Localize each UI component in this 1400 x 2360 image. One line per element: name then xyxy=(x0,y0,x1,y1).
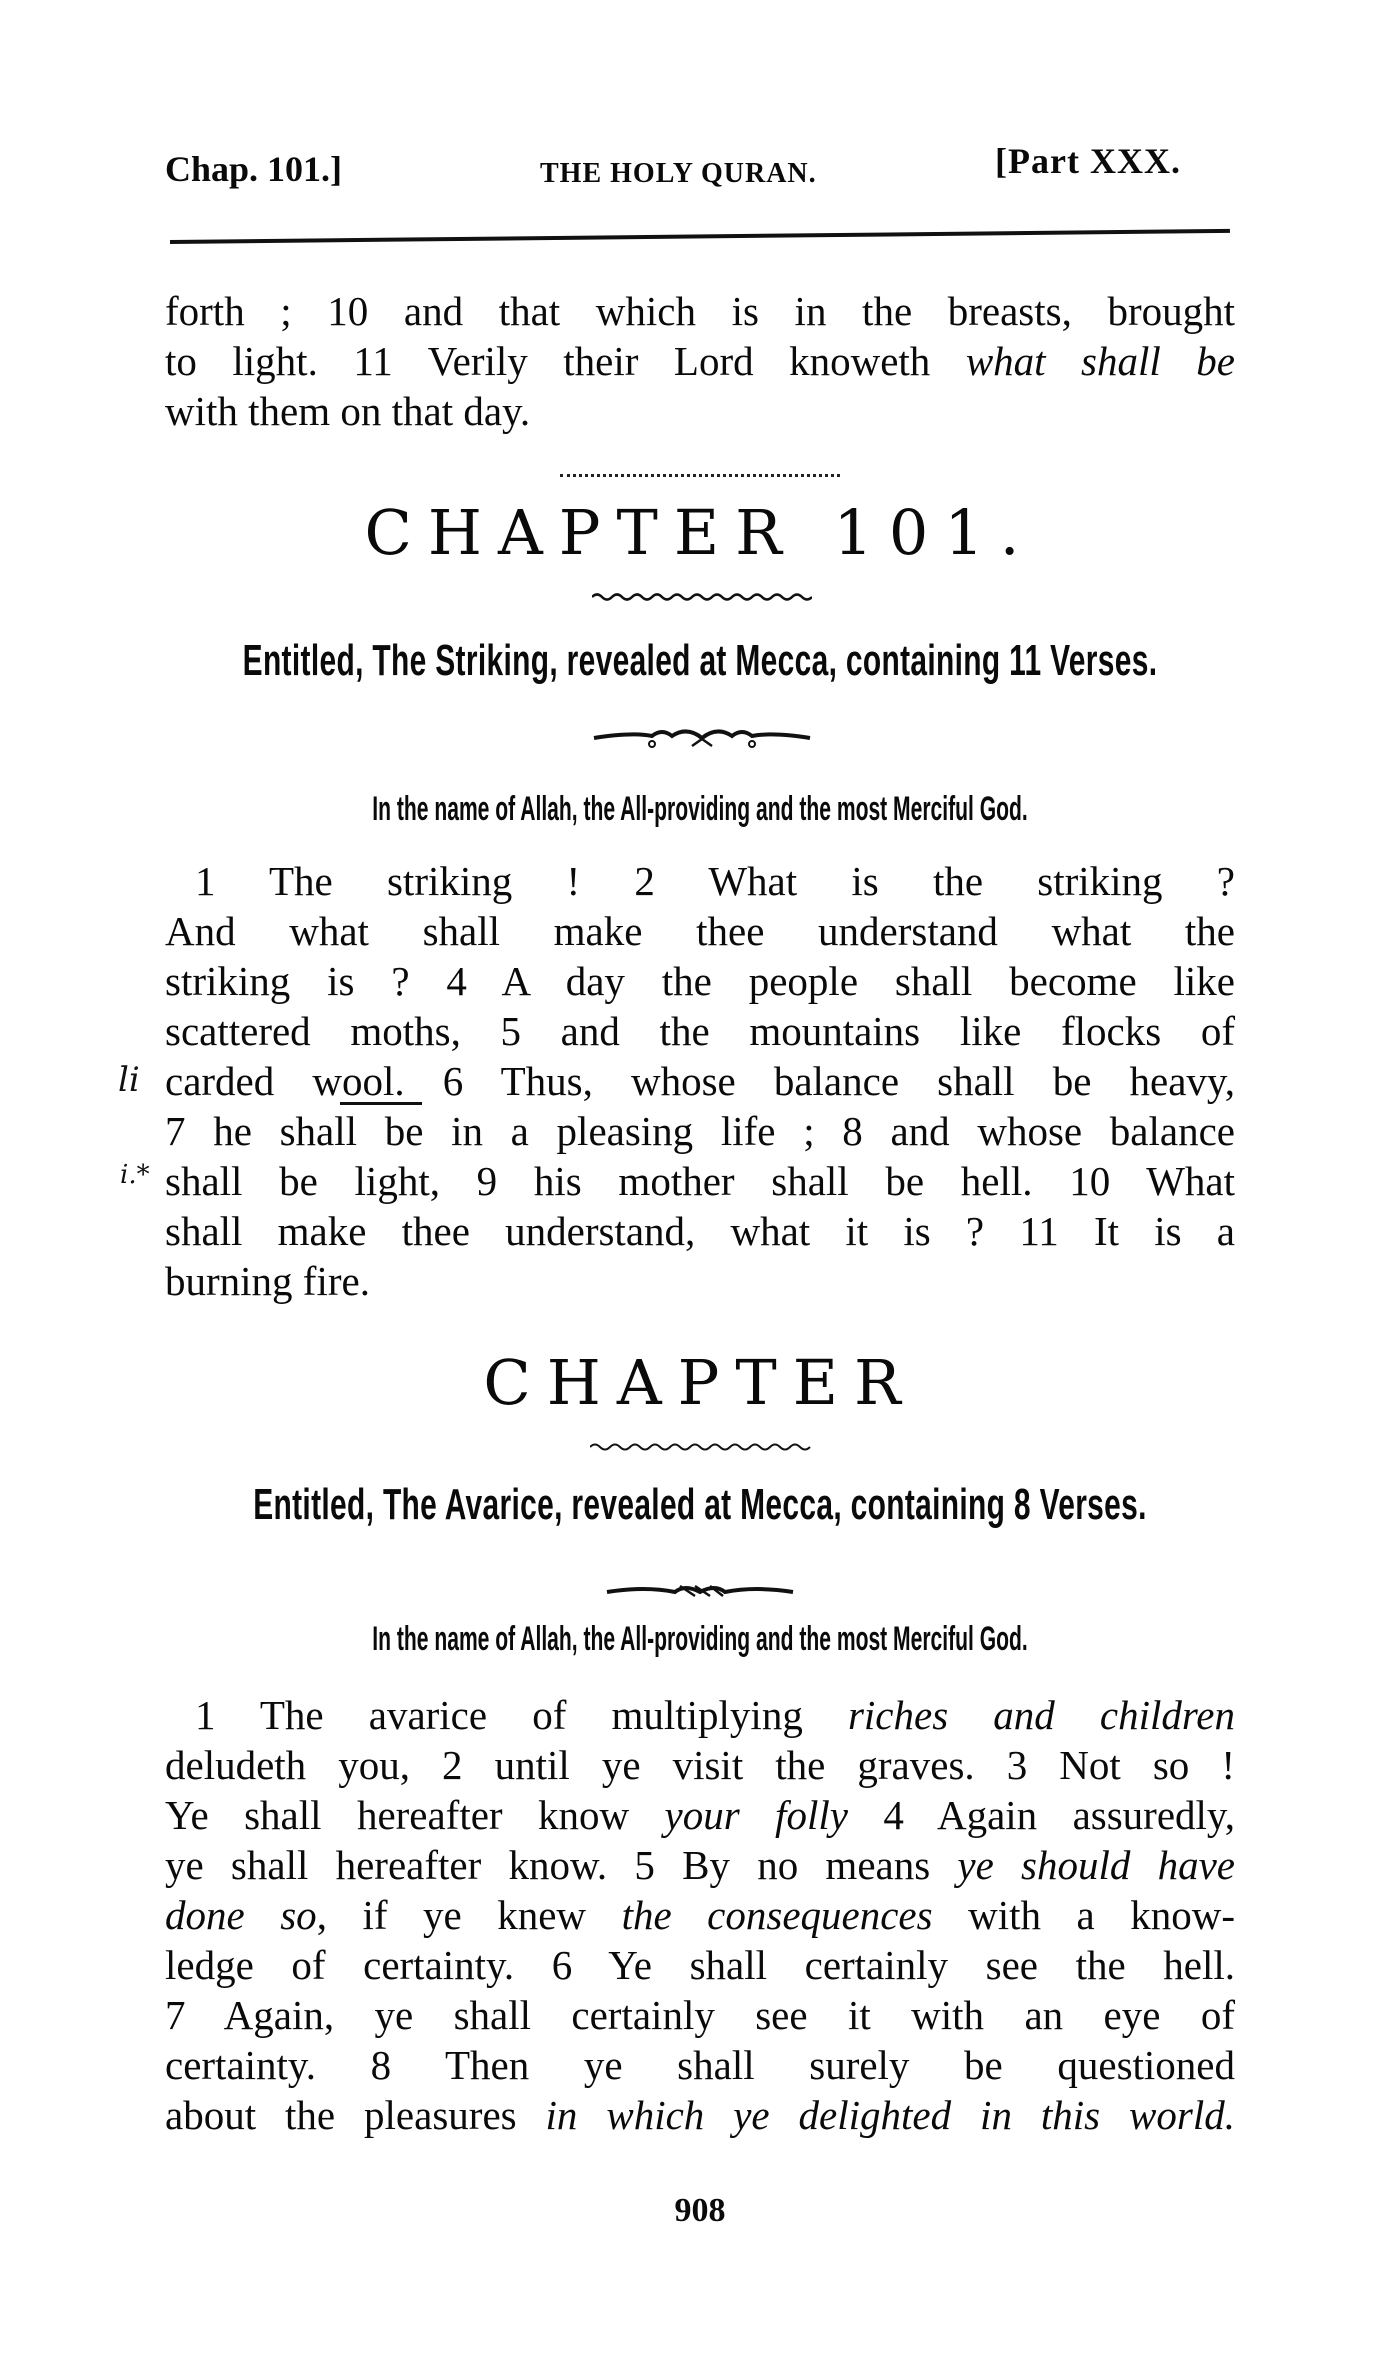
verse-line: 1 The striking ! 2 What is the striking … xyxy=(195,856,1235,906)
running-header-part: [Part XXX. xyxy=(995,140,1181,182)
italic-span: your folly xyxy=(665,1792,848,1838)
verse-line: 7 he shall be in a pleasing life ; 8 and… xyxy=(165,1106,1235,1156)
italic-span: done so xyxy=(165,1892,317,1938)
chapter-subtitle: Entitled, The Avarice, revealed at Mecca… xyxy=(224,1480,1176,1530)
text-span: Ye shall hereafter know xyxy=(165,1792,665,1838)
text-span: about the pleasures xyxy=(165,2092,546,2138)
text-span: , if ye knew xyxy=(317,1892,622,1938)
handwritten-margin-note: li xyxy=(118,1060,140,1100)
running-header-title: THE HOLY QURAN. xyxy=(540,158,817,190)
text-span: with a know- xyxy=(933,1892,1235,1938)
verse-line: shall make thee understand, what it is ?… xyxy=(165,1206,1235,1256)
verse-line: ledge of certainty. 6 Ye shall certainly… xyxy=(165,1940,1235,1990)
dotted-rule xyxy=(560,474,840,477)
verse-line: ye shall hereafter know. 5 By no means y… xyxy=(165,1840,1235,1890)
chapter-title: CHAPTER 101. xyxy=(0,496,1400,569)
verse-line: 7 Again, ye shall certainly see it with … xyxy=(165,1990,1235,2040)
bismillah: In the name of Allah, the All-providing … xyxy=(266,790,1134,829)
bismillah: In the name of Allah, the All-providing … xyxy=(266,1620,1134,1659)
chapter-subtitle: Entitled, The Striking, revealed at Mecc… xyxy=(224,636,1176,686)
verse-line: 1 The avarice of multiplying riches and … xyxy=(195,1690,1235,1740)
handwritten-margin-note: i.* xyxy=(120,1160,150,1190)
verse-line: scattered moths, 5 and the mountains lik… xyxy=(165,1006,1235,1056)
verse-line: certainty. 8 Then ye shall surely be que… xyxy=(165,2040,1235,2090)
text-span: to light. 11 Verily their Lord knoweth xyxy=(165,338,966,384)
flourish-ornament xyxy=(592,722,812,752)
verse-line: And what shall make thee understand what… xyxy=(165,906,1235,956)
header-rule xyxy=(170,229,1230,244)
handwritten-underline xyxy=(340,1102,422,1105)
verse-line: carded wool. 6 Thus, whose balance shall… xyxy=(165,1056,1235,1106)
wavy-rule-ornament xyxy=(590,1440,815,1454)
text-span: 4 Again assuredly, xyxy=(848,1792,1235,1838)
flourish-ornament xyxy=(605,1580,795,1602)
text-line: forth ; 10 and that which is in the brea… xyxy=(165,286,1235,336)
verse-line: Ye shall hereafter know your folly 4 Aga… xyxy=(165,1790,1235,1840)
verse-line: shall be light, 9 his mother shall be he… xyxy=(165,1156,1235,1206)
text-line: to light. 11 Verily their Lord knoweth w… xyxy=(165,336,1235,386)
text-span: ye shall hereafter know. 5 By no means xyxy=(165,1842,957,1888)
verse-line: striking is ? 4 A day the people shall b… xyxy=(165,956,1235,1006)
text-line: with them on that day. xyxy=(165,386,1235,436)
italic-span: what shall be xyxy=(966,338,1235,384)
running-header-chapter: Chap. 101.] xyxy=(165,148,342,190)
italic-span: in which ye delighted in this world. xyxy=(546,2092,1235,2138)
chapter-title: CHAPTER xyxy=(0,1346,1400,1419)
wavy-rule-ornament xyxy=(592,590,812,604)
italic-span: ye should have xyxy=(957,1842,1235,1888)
verse-line: burning fire. xyxy=(165,1256,1235,1306)
italic-span: the consequences xyxy=(622,1892,933,1938)
italic-span: riches and children xyxy=(848,1692,1235,1738)
text-span: 1 The avarice of multiplying xyxy=(195,1692,848,1738)
verse-line: about the pleasures in which ye delighte… xyxy=(165,2090,1235,2140)
verse-line: deludeth you, 2 until ye visit the grave… xyxy=(165,1740,1235,1790)
page-number: 908 xyxy=(0,2192,1400,2230)
verse-line: done so, if ye knew the consequences wit… xyxy=(165,1890,1235,1940)
